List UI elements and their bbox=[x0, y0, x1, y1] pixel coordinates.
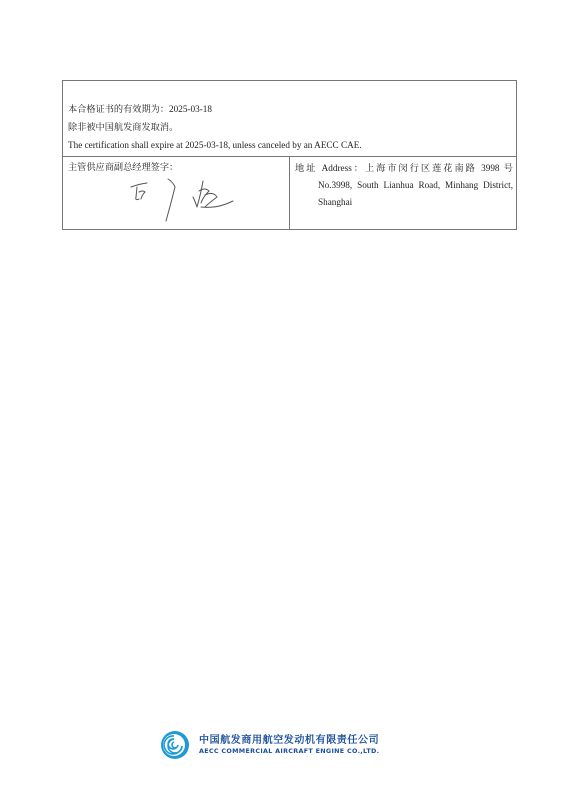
company-name-en: AECC COMMERCIAL AIRCRAFT ENGINE CO.,LTD. bbox=[199, 747, 379, 756]
cancel-cn-text: 除非被中国航发商发取消。 bbox=[68, 121, 178, 133]
signature-label: 主管供应商副总经理签字： bbox=[68, 159, 178, 173]
validity-cell: 本合格证书的有效期为：2025-03-18 除非被中国航发商发取消。 The c… bbox=[63, 81, 516, 157]
address-cell: 地址 Address：上海市闵行区莲花南路 3998 号 No.3998, So… bbox=[290, 157, 516, 229]
company-name-cn: 中国航发商用航空发动机有限责任公司 bbox=[199, 735, 379, 747]
signature-cell: 主管供应商副总经理签字： bbox=[63, 157, 290, 229]
validity-cn-text: 本合格证书的有效期为：2025-03-18 bbox=[68, 103, 212, 115]
aecc-logo-icon bbox=[160, 730, 190, 760]
handwritten-signature-icon bbox=[123, 173, 243, 225]
address-line-2: No.3998, South Lianhua Road, Minhang Dis… bbox=[295, 177, 513, 194]
validity-en-text: The certification shall expire at 2025-0… bbox=[68, 139, 362, 151]
address-line-3: Shanghai bbox=[295, 194, 513, 211]
address-line-1: 地址 Address：上海市闵行区莲花南路 3998 号 bbox=[295, 160, 513, 177]
certificate-table: 本合格证书的有效期为：2025-03-18 除非被中国航发商发取消。 The c… bbox=[62, 80, 517, 230]
company-footer: 中国航发商用航空发动机有限责任公司 AECC COMMERCIAL AIRCRA… bbox=[160, 729, 379, 761]
